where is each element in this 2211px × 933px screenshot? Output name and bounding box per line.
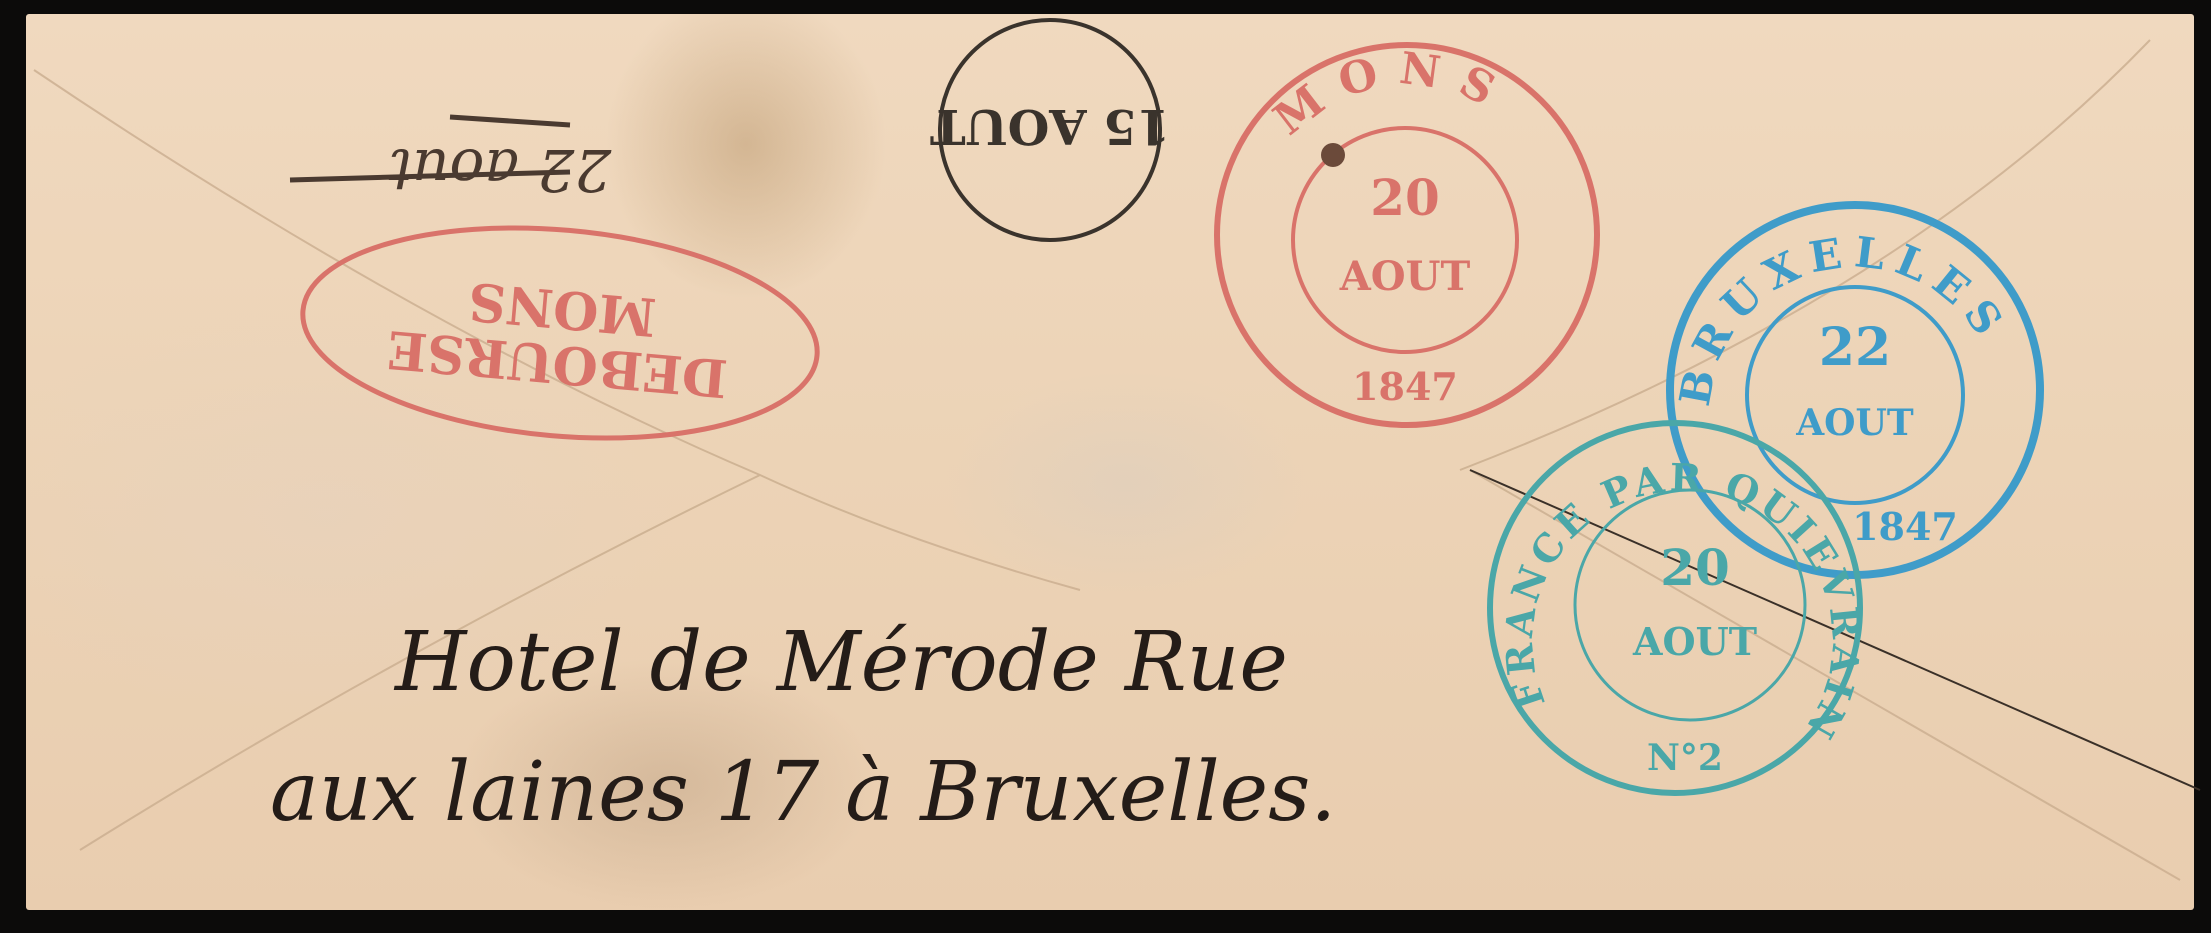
mons-cds-stamp: MONS 20 AOUT 1847 bbox=[1217, 43, 1597, 425]
fpq-day: 20 bbox=[1660, 538, 1730, 597]
black-cds-text: 15 AOUT bbox=[930, 98, 1170, 154]
bruxelles-year: 1847 bbox=[1852, 504, 1958, 549]
fpq-text: FRANCE PAR QUIEVRAIN bbox=[1496, 455, 1870, 750]
address-line2: aux laines 17 à Bruxelles. bbox=[270, 745, 1336, 840]
envelope-overlay: 15 AOUT MONS 20 AOUT 1847 BRUXELLES 22 A… bbox=[0, 0, 2211, 933]
mons-month: AOUT bbox=[1339, 253, 1471, 300]
debourse-oval-stamp: DEBOURSE MONS bbox=[294, 208, 826, 458]
bruxelles-cds-stamp: BRUXELLES 22 AOUT 1847 bbox=[1670, 205, 2040, 575]
address: Hotel de Mérode Rue aux laines 17 à Brux… bbox=[270, 615, 1336, 840]
black-cds-stamp: 15 AOUT bbox=[930, 20, 1170, 240]
mons-year: 1847 bbox=[1352, 364, 1458, 409]
bruxelles-day: 22 bbox=[1819, 317, 1891, 378]
fpq-month: AOUT bbox=[1632, 619, 1757, 664]
france-par-quievrain-stamp: FRANCE PAR QUIEVRAIN 20 AOUT N°2 bbox=[1490, 423, 1869, 793]
address-line1: Hotel de Mérode Rue bbox=[393, 615, 1288, 710]
note-bar bbox=[450, 117, 570, 125]
svg-text:FRANCE PAR QUIEVRAIN: FRANCE PAR QUIEVRAIN bbox=[1496, 455, 1870, 750]
note-text: 22 aout bbox=[388, 136, 612, 204]
bruxelles-month: AOUT bbox=[1795, 402, 1914, 444]
mons-day: 20 bbox=[1370, 168, 1440, 227]
fpq-number: N°2 bbox=[1647, 737, 1723, 779]
manuscript-note: 22 aout bbox=[388, 136, 612, 204]
